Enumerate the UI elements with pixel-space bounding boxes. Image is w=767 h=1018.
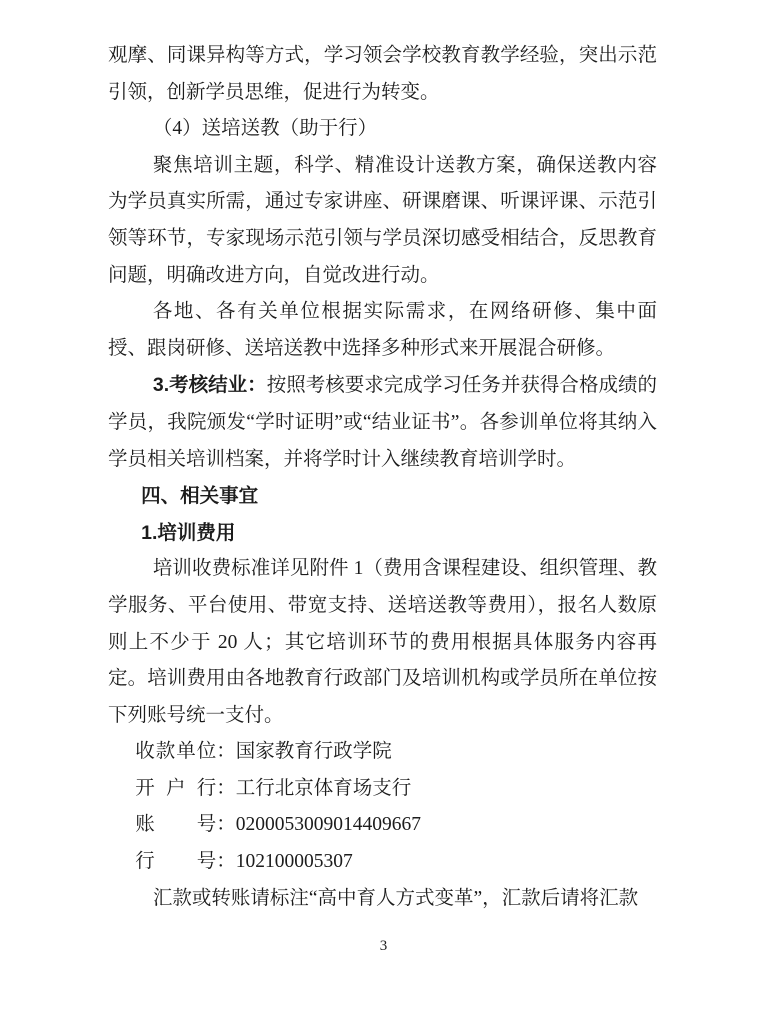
bank-label-branch: 开户行 <box>135 771 216 808</box>
bank-label-bank-code: 行号 <box>135 844 216 881</box>
paragraph-delivery-plan: 聚焦培训主题，科学、精准设计送教方案，确保送教内容为学员真实所需，通过专家讲座、… <box>108 148 657 294</box>
bank-line-branch: 开户行：工行北京体育场支行 <box>108 771 657 808</box>
bank-label-account-number: 账号 <box>135 807 216 844</box>
paragraph-remittance-note: 汇款或转账请标注“高中育人方式变革”，汇款后请将汇款 <box>108 881 657 918</box>
paragraph-demo-teaching-continued: 观摩、同课异构等方式，学习领会学校教育教学经验，突出示范引领，创新学员思维，促进… <box>108 38 657 111</box>
bank-colon: ： <box>216 814 236 835</box>
document-content: 观摩、同课异构等方式，学习领会学校教育教学经验，突出示范引领，创新学员思维，促进… <box>108 38 657 917</box>
subsection-heading-training-fees: 1.培训费用 <box>108 515 657 552</box>
bank-line-payee: 收款单位：国家教育行政学院 <box>108 734 657 771</box>
bank-value-branch: 工行北京体育场支行 <box>236 778 412 799</box>
paragraph-format-selection: 各地、各有关单位根据实际需求，在网络研修、集中面授、跟岗研修、送培送教中选择多种… <box>108 294 657 367</box>
bank-line-bank-code: 行号：102100005307 <box>108 844 657 881</box>
bank-value-payee: 国家教育行政学院 <box>236 741 392 762</box>
section-heading-related-matters: 四、相关事宜 <box>108 478 657 515</box>
paragraph-fee-standard: 培训收费标准详见附件 1（费用含课程建设、组织管理、教学服务、平台使用、带宽支持… <box>108 551 657 734</box>
bank-value-account-number: 0200053009014409667 <box>236 814 421 835</box>
bank-value-bank-code: 102100005307 <box>236 851 353 872</box>
bank-colon: ： <box>216 851 236 872</box>
bank-line-account-number: 账号：0200053009014409667 <box>108 807 657 844</box>
document-page: 观摩、同课异构等方式，学习领会学校教育教学经验，突出示范引领，创新学员思维，促进… <box>0 0 767 1018</box>
assessment-lead-bold: 3.考核结业： <box>153 374 267 396</box>
bank-colon: ： <box>216 741 236 762</box>
paragraph-assessment-completion: 3.考核结业：按照考核要求完成学习任务并获得合格成绩的学员，我院颁发“学时证明”… <box>108 367 657 478</box>
paragraph-item-4-title: （4）送培送教（助于行） <box>108 111 657 148</box>
bank-label-payee: 收款单位 <box>135 734 216 771</box>
page-number: 3 <box>0 938 767 955</box>
bank-colon: ： <box>216 778 236 799</box>
